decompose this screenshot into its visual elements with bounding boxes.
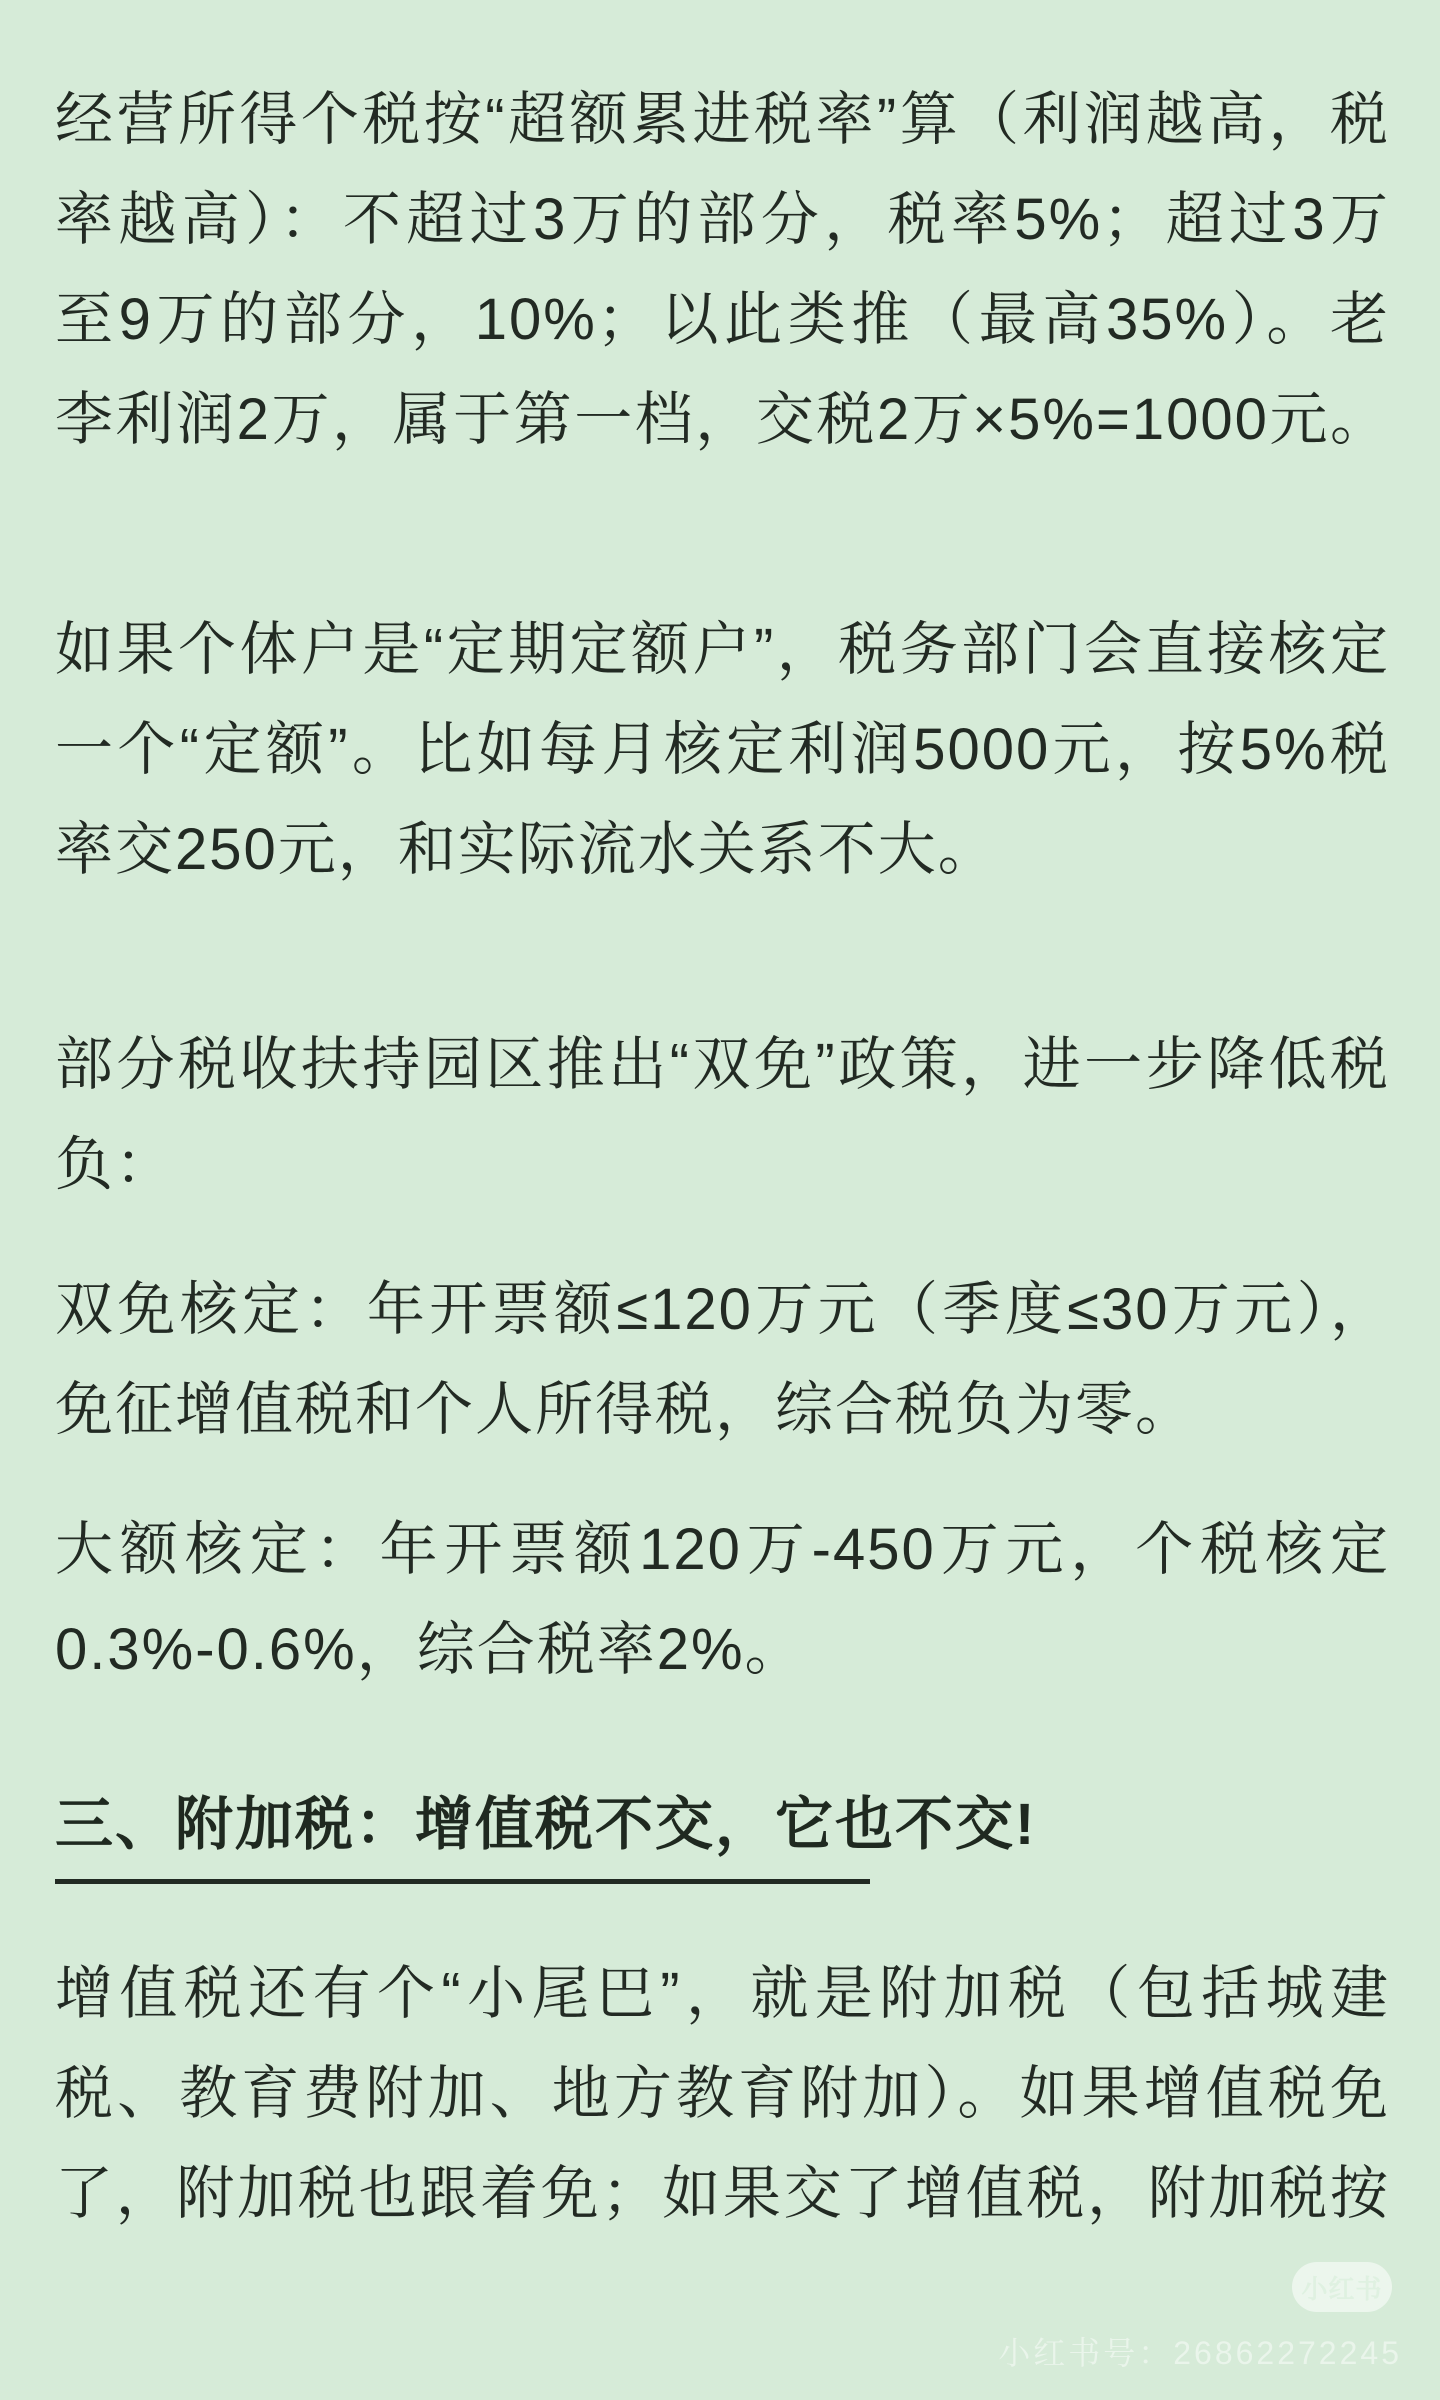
paragraph-double-exemption: 双免核定：年开票额≤120万元（季度≤30万元）， 免征增值税和个人所得税，综合…	[55, 1260, 1390, 1460]
text-line: 至9万的部分，10%；以此类推（最高35%）。老	[55, 270, 1390, 370]
heading-underline	[55, 1879, 870, 1884]
text-line: 负：	[55, 1115, 1390, 1215]
paragraph-large-quota: 大额核定：年开票额120万-450万元，个税核定 0.3%-0.6%，综合税率2…	[55, 1500, 1390, 1700]
xiaohongshu-account-watermark: 小红书号：26862272245	[998, 2328, 1402, 2374]
paragraph-park-policy: 部分税收扶持园区推出“双免”政策，进一步降低税 负：	[55, 1015, 1390, 1215]
text-line: 免征增值税和个人所得税，综合税负为零。	[55, 1360, 1390, 1460]
text-line: 大额核定：年开票额120万-450万元，个税核定	[55, 1500, 1390, 1600]
text-line: 双免核定：年开票额≤120万元（季度≤30万元），	[55, 1260, 1390, 1360]
paragraph-business-income-tax: 经营所得个税按“超额累进税率”算（利润越高，税 率越高）：不超过3万的部分，税率…	[55, 70, 1390, 470]
text-line: 一个“定额”。比如每月核定利润5000元，按5%税	[55, 700, 1390, 800]
text-line: 李利润2万，属于第一档，交税2万×5%=1000元。	[55, 370, 1390, 470]
paragraph-surtax: 增值税还有个“小尾巴”，就是附加税（包括城建 税、教育费附加、地方教育附加）。如…	[55, 1944, 1390, 2244]
text-line: 如果个体户是“定期定额户”，税务部门会直接核定	[55, 600, 1390, 700]
text-line: 率越高）：不超过3万的部分，税率5%；超过3万	[55, 170, 1390, 270]
text-line: 部分税收扶持园区推出“双免”政策，进一步降低税	[55, 1015, 1390, 1115]
text-line: 税、教育费附加、地方教育附加）。如果增值税免	[55, 2044, 1390, 2144]
text-line: 率交250元，和实际流水关系不大。	[55, 800, 1390, 900]
article: 经营所得个税按“超额累进税率”算（利润越高，税 率越高）：不超过3万的部分，税率…	[0, 70, 1440, 2244]
text-line: 了，附加税也跟着免；如果交了增值税，附加税按	[55, 2144, 1390, 2244]
section-heading: 三、附加税：增值税不交，它也不交!	[55, 1775, 1390, 1875]
text-line: 0.3%-0.6%，综合税率2%。	[55, 1600, 1390, 1700]
text-line: 经营所得个税按“超额累进税率”算（利润越高，税	[55, 70, 1390, 170]
post-page: { "page": { "background": "#d6ebd8", "te…	[0, 0, 1440, 2400]
text-line: 增值税还有个“小尾巴”，就是附加税（包括城建	[55, 1944, 1390, 2044]
xiaohongshu-badge: 小红书	[1292, 2262, 1392, 2312]
xiaohongshu-badge-label: 小红书	[1301, 2269, 1382, 2306]
paragraph-fixed-quota: 如果个体户是“定期定额户”，税务部门会直接核定 一个“定额”。比如每月核定利润5…	[55, 600, 1390, 900]
section-heading-block: 三、附加税：增值税不交，它也不交!	[55, 1775, 1390, 1884]
